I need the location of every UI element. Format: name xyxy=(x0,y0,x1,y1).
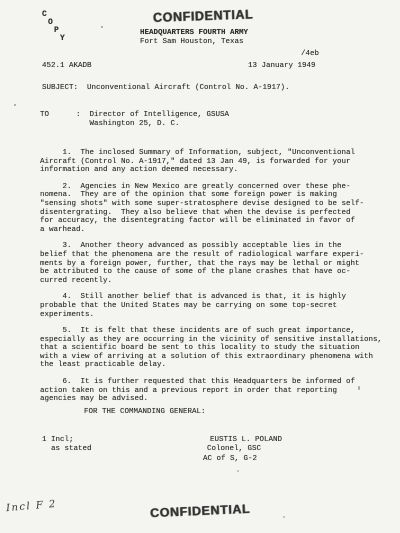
date: 13 January 1949 xyxy=(248,62,316,71)
file-number: 452.1 AKADB xyxy=(42,62,92,71)
signer-title: AC of S, G-2 xyxy=(203,455,282,464)
body-paragraph-3: 3. Another theory advanced as possibly a… xyxy=(40,242,382,285)
closing-line: FOR THE COMMANDING GENERAL: xyxy=(84,408,206,417)
document-page: C O P Y CONFIDENTIAL HEADQUARTERS FOURTH… xyxy=(0,0,400,533)
signer-name: EUSTIS L. POLAND xyxy=(203,436,282,445)
reference-initials: /4eb xyxy=(301,50,319,59)
letterhead-line2: Fort Sam Houston, Texas xyxy=(140,38,248,47)
scan-speck xyxy=(14,104,16,106)
copy-marking: C O P Y xyxy=(42,11,65,43)
copy-letter: C xyxy=(42,11,65,19)
body-paragraph-6: 6. It is further requested that this Hea… xyxy=(40,378,382,404)
body-paragraph-1: 1. The inclosed Summary of Information, … xyxy=(40,149,382,175)
subject-label: SUBJECT: xyxy=(42,84,78,92)
copy-letter: Y xyxy=(60,35,65,43)
body-paragraph-2: 2. Agencies in New Mexico are greatly co… xyxy=(40,183,382,235)
confidential-stamp-bottom: CONFIDENTIAL xyxy=(150,502,251,520)
letter-body: 1. The inclosed Summary of Information, … xyxy=(40,149,382,412)
letterhead-line1: HEADQUARTERS FOURTH ARMY xyxy=(140,29,248,38)
signature-block: EUSTIS L. POLAND Colonel, GSC AC of S, G… xyxy=(203,436,282,464)
body-paragraph-5: 5. It is felt that these incidents are o… xyxy=(40,327,382,370)
scan-speck xyxy=(283,516,285,518)
handwritten-note: Incl F 2 xyxy=(6,499,58,514)
signer-rank: Colonel, GSC xyxy=(203,445,282,454)
subject-line: SUBJECT:Unconventional Aircraft (Control… xyxy=(42,84,290,93)
confidential-stamp-top: CONFIDENTIAL xyxy=(153,7,254,25)
addressee-block: TO : Director of Intelligence, GSUSA Was… xyxy=(40,111,229,128)
scan-speck xyxy=(101,26,103,28)
letterhead: HEADQUARTERS FOURTH ARMY Fort Sam Housto… xyxy=(140,29,248,46)
subject-text: Unconventional Aircraft (Control No. A-1… xyxy=(78,84,290,92)
scan-speck xyxy=(358,386,360,390)
scan-speck xyxy=(237,470,239,472)
enclosure-note: 1 Incl; as stated xyxy=(42,436,92,453)
body-paragraph-4: 4. Still another belief that is advanced… xyxy=(40,293,382,319)
